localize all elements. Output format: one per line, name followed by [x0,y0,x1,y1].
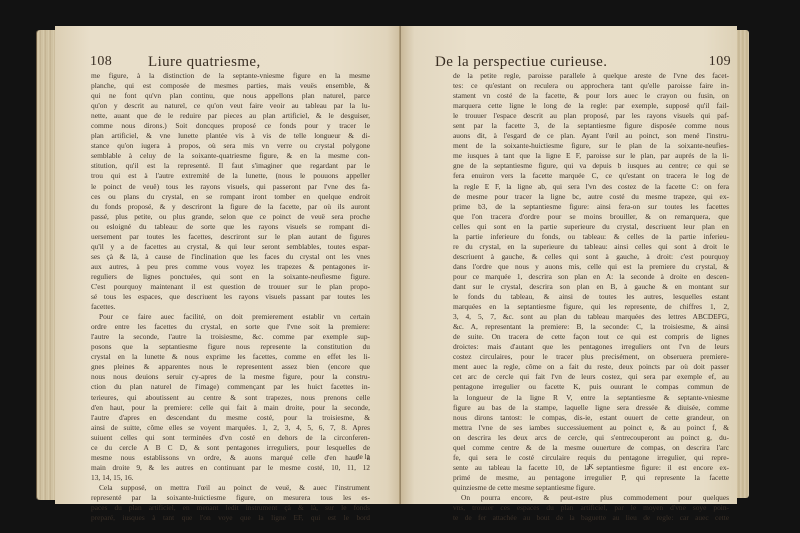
text-line: ces ou plans du crystal, en se rompant i… [91,192,370,202]
text-line: descriuent à gauche, & celles qui sont à… [453,252,729,262]
text-line: gne de la septantiesme figure, qui va de… [453,161,729,171]
text-line: vns, trouuer ces espaces du plan artific… [453,503,729,513]
signature-mark: K [453,462,729,471]
left-page-header: 108 Liure quatriesme, [90,54,370,70]
text-line: planche, qui est composée de mesmes part… [91,81,370,91]
text-line: le fonds du tableau, & ainsi de toutes l… [453,292,729,302]
text-line: uersement par toutes les facettes, descr… [91,232,370,242]
text-line: representé par la soixante-huictiesme fi… [91,493,370,503]
open-book: 108 Liure quatriesme, me figure, à la di… [37,26,749,506]
text-line: plan artificiel, & vne lunette plantée v… [91,131,370,141]
text-line: C'est pourquoy maintenant il est questio… [91,282,370,292]
text-line: l'autre la seconde, l'autre la troisiesm… [91,332,370,342]
text-line: que l'on tracera d'ordre pour se moins b… [453,212,729,222]
text-line: quel comme centre & de la mesme ouuertur… [453,443,729,453]
text-line: gnes pleines & apparentes nous le repres… [91,362,370,372]
text-line: main droite 9, & les autres en continuan… [91,463,370,473]
text-line: stitution, qu'il est la representé. Il f… [91,161,370,171]
text-line: ction du plan naturel de l'image) commen… [91,382,370,392]
text-line: sé tous les espaces, que descriuent les … [91,292,370,302]
page-number: 108 [90,54,112,70]
text-line: cet arc de cercle qui fait l'vn de leurs… [453,372,729,382]
text-line: comme nous dirons.) Soit doncques propos… [91,121,370,131]
text-line: la partie inferieure du fonds, ou tablea… [453,232,729,242]
text-line: costez circulaires, pour le tracer plus … [453,352,729,362]
text-line: de mesme pour tracer la ligne bc, autre … [453,192,729,202]
text-line: ordre entre les facettes du crystal, en … [91,322,370,332]
left-page: 108 Liure quatriesme, me figure, à la di… [55,26,401,504]
text-line: passé, plus petite, ou plus grande, selo… [91,212,370,222]
text-line: le poinct de veuë) tous les rayons visue… [91,182,370,192]
text-line: ment auec la regle, côme on a fait du re… [453,362,729,372]
text-line: quinziesme de cette mesme septantiesme f… [453,483,729,493]
text-line: sent par la facette 3, de la septantiesm… [453,121,729,131]
text-line: Cela supposé, on mettra l'œil au poinct … [91,483,370,493]
text-line: qu'il y a de facettes au crystal, & qui … [91,242,370,252]
text-line: qui ne font qu'vn plan continu, que nous… [91,91,370,101]
text-line: auons dit, à l'esgard de ce plan. Ayant … [453,131,729,141]
text-line: reguliers de lignes ponctuées, qui sont … [91,272,370,282]
text-line: On pourra encore, & peut-estre plus comm… [453,493,729,503]
text-line: preparé, iusques à tant que l'on voye qu… [91,513,370,523]
text-line: ou esloigné du tableau: de sorte que les… [91,222,370,232]
right-page: De la perspectiue curieuse. 109 de la pe… [401,26,737,504]
page-number: 109 [709,54,731,70]
text-line: primé de mesme, au pentagone irregulier … [453,473,729,483]
text-line: la longueur de la ligne R V, entre la se… [453,393,729,403]
text-line: 3, 4, 5, 7, &c. sont au plan du tableau … [453,312,729,322]
page-edges-right [737,30,749,498]
text-line: pentagone irregulier ou facette K, puis … [453,382,729,392]
text-line: nous dirons tantost: le compas, dis-ie, … [453,413,729,423]
text-line: posons que la septantiesme figure nous r… [91,342,370,352]
text-line: qu'on y descrit au naturel, ce qu'on veu… [91,101,370,111]
text-line: marquées en la septantiesme figure, qui … [453,302,729,312]
text-line: l'autre d'apres en descendant du mesme c… [91,413,370,423]
text-line: ses çà & là, à cause de l'inclination qu… [91,252,370,262]
text-line: aux autres, à peu pres comme vous voyez … [91,262,370,272]
text-line: crystal en la lunette & nous exprime les… [91,352,370,362]
text-line: suiuent celles qui sont terminées d'vn c… [91,433,370,443]
text-line: 13, 14, 15, 16. [91,473,370,483]
running-title: Liure quatriesme, [148,54,261,71]
running-title: De la perspectiue curieuse. [435,54,607,71]
right-page-body-text: de la petite regle, paroisse parallele à… [453,71,729,523]
text-line: te de fer attachée au bout de la baguett… [453,513,729,523]
text-line: facettes. [91,302,370,312]
text-line: stance qu'on iugera à propos, où sera mi… [91,141,370,151]
right-page-header: De la perspectiue curieuse. 109 [435,54,731,70]
text-line: dant sur le crystal, descrira son plan e… [453,282,729,292]
text-line: on descrira les deux arcs de cercle, qui… [453,433,729,443]
text-line: fera enuiron vers la facette marquée C, … [453,171,729,181]
text-line: droictes: mais d'autant que les pentagon… [453,342,729,352]
text-line: trou qui est à l'autre extremité de la l… [91,171,370,181]
text-line: de la petite regle, paroisse parallele à… [453,71,729,81]
text-line: pour ce marquée 1, descrira son plan en … [453,272,729,282]
text-line: de suite. On tracera de cette façon tout… [453,332,729,342]
text-line: terieures, qui aboutissent au centre & s… [91,393,370,403]
text-line: le trouuer l'espace descrit au plan prop… [453,111,729,121]
text-line: marquera cette ligne le long de la regle… [453,101,729,111]
text-line: ainsi de suitte, côme elles se voyent ma… [91,423,370,433]
text-line: du fonds proposé, & y descriront la figu… [91,202,370,212]
text-line: d'en haut, pour la premiere: celle qui f… [91,403,370,413]
text-line: la regle E F, la ligne ab, qui sera l'vn… [453,182,729,192]
text-line: tes: ce qu'estant on reculera ou approch… [453,81,729,91]
text-line: re du crystal, en la superieure du table… [453,242,729,252]
text-line: mettra l'vne de ses iambes successiuemen… [453,423,729,433]
text-line: me figure, à la distinction de la septan… [91,71,370,81]
text-line: ment de la soixante-huictiesme figure, s… [453,141,729,151]
text-line: nette, auant que de le reduire par piece… [91,111,370,121]
text-line: dans l'ordre que nous y auons mis, celle… [453,262,729,272]
catchword: de la [91,452,370,461]
text-line: paces du plan artificiel, en menant ledi… [91,503,370,513]
text-line: prime b3, de la septantiesme figure: ain… [453,202,729,212]
text-line: me iusques à tant que la ligne E F, paro… [453,151,729,161]
text-line: nous nous deuions seruir cy-apres de la … [91,372,370,382]
text-line: stament vn costé de la facette, & pour l… [453,91,729,101]
text-line: &c. A, representant la premiere: B, la s… [453,322,729,332]
text-line: figure au bas de la stampe, laquelle lig… [453,403,729,413]
text-line: Pour ce faire auec facilité, on doit pre… [91,312,370,322]
text-line: celles qui sont en la partie superieure … [453,222,729,232]
text-line: semblable à celuy de la soixante-quatrie… [91,151,370,161]
